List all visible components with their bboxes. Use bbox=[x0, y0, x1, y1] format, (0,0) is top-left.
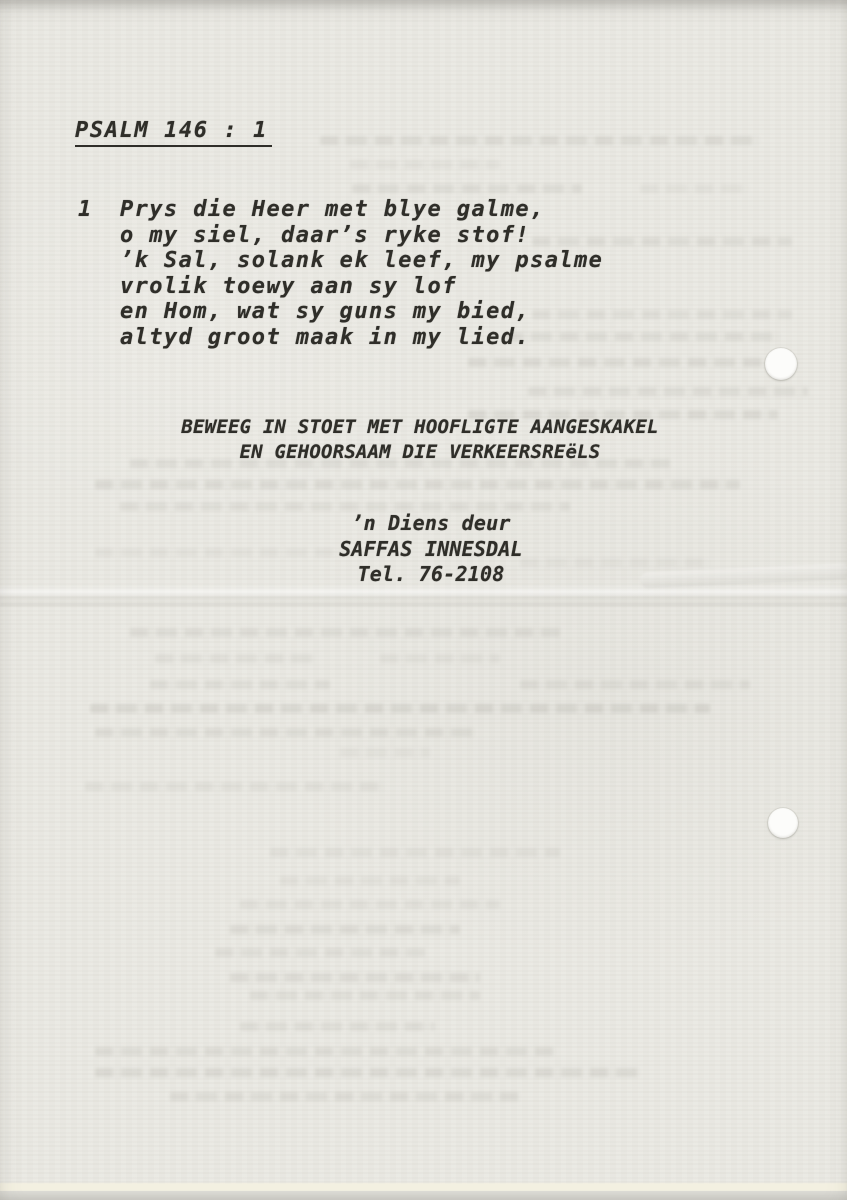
hole-punch-top bbox=[765, 348, 797, 380]
verse-line: Prys die Heer met blye galme, bbox=[120, 197, 603, 223]
verse-line: en Hom, wat sy guns my bied, bbox=[120, 299, 603, 325]
bleed-through-line bbox=[85, 782, 385, 791]
service-line: Tel. 76-2108 bbox=[339, 562, 523, 588]
service-line: SAFFAS INNESDAL bbox=[339, 537, 523, 563]
bleed-through-line bbox=[352, 184, 582, 193]
bleed-through-line bbox=[520, 680, 750, 689]
bleed-through-line bbox=[240, 1022, 435, 1031]
hole-punch-bottom bbox=[768, 808, 798, 838]
notice-line: EN GEHOORSAAM DIE VERKEERSREëLS bbox=[181, 440, 658, 465]
bleed-through-line bbox=[155, 654, 315, 663]
bleed-through-line bbox=[90, 704, 710, 713]
service-provider-info: ’n Diens deur SAFFAS INNESDAL Tel. 76-21… bbox=[339, 511, 523, 588]
verse-line: vrolik toewy aan sy lof bbox=[120, 274, 603, 300]
fold-crease-shadow bbox=[0, 603, 847, 607]
bleed-through-line bbox=[215, 948, 425, 957]
bleed-through-line bbox=[95, 1068, 640, 1077]
page-bottom-edge-shadow bbox=[0, 1191, 847, 1200]
bleed-through-line bbox=[350, 160, 500, 169]
bleed-through-line bbox=[170, 1092, 520, 1101]
bleed-through-line bbox=[130, 628, 560, 637]
page-bottom-edge-highlight bbox=[0, 1183, 847, 1191]
bleed-through-line bbox=[640, 184, 750, 193]
bleed-through-line bbox=[320, 136, 760, 145]
page-top-edge bbox=[0, 0, 847, 12]
psalm-verse: Prys die Heer met blye galme, o my siel,… bbox=[120, 197, 603, 351]
bleed-through-line bbox=[120, 502, 570, 511]
bleed-through-line bbox=[280, 876, 460, 885]
procession-notice: BEWEEG IN STOET MET HOOFLIGTE AANGESKAKE… bbox=[181, 415, 658, 464]
service-line: ’n Diens deur bbox=[339, 511, 523, 537]
bleed-through-line bbox=[528, 387, 808, 396]
bleed-through-line bbox=[240, 900, 500, 909]
bleed-through-line bbox=[468, 358, 798, 367]
notice-line: BEWEEG IN STOET MET HOOFLIGTE AANGESKAKE… bbox=[181, 415, 658, 440]
bleed-through-line bbox=[270, 848, 560, 857]
bleed-through-line bbox=[95, 548, 345, 557]
bleed-through-line bbox=[230, 973, 480, 982]
verse-line: altyd groot maak in my lied. bbox=[120, 325, 603, 351]
bleed-through-line bbox=[150, 680, 330, 689]
bleed-through-line bbox=[230, 925, 460, 934]
bleed-through-line bbox=[380, 654, 500, 663]
verse-line: o my siel, daar’s ryke stof! bbox=[120, 223, 603, 249]
bleed-through-line bbox=[250, 991, 480, 1000]
bleed-through-line bbox=[520, 558, 710, 567]
fold-crease bbox=[0, 585, 847, 603]
bleed-through-line bbox=[95, 728, 475, 737]
verse-line: ’k Sal, solank ek leef, my psalme bbox=[120, 248, 603, 274]
verse-number: 1 bbox=[78, 197, 93, 223]
scanned-page: PSALM 146 : 1 1 Prys die Heer met blye g… bbox=[0, 0, 847, 1200]
bleed-through-line bbox=[95, 480, 740, 489]
psalm-heading: PSALM 146 : 1 bbox=[75, 120, 272, 147]
bleed-through-line bbox=[95, 1047, 555, 1056]
bleed-through-line bbox=[340, 748, 430, 757]
